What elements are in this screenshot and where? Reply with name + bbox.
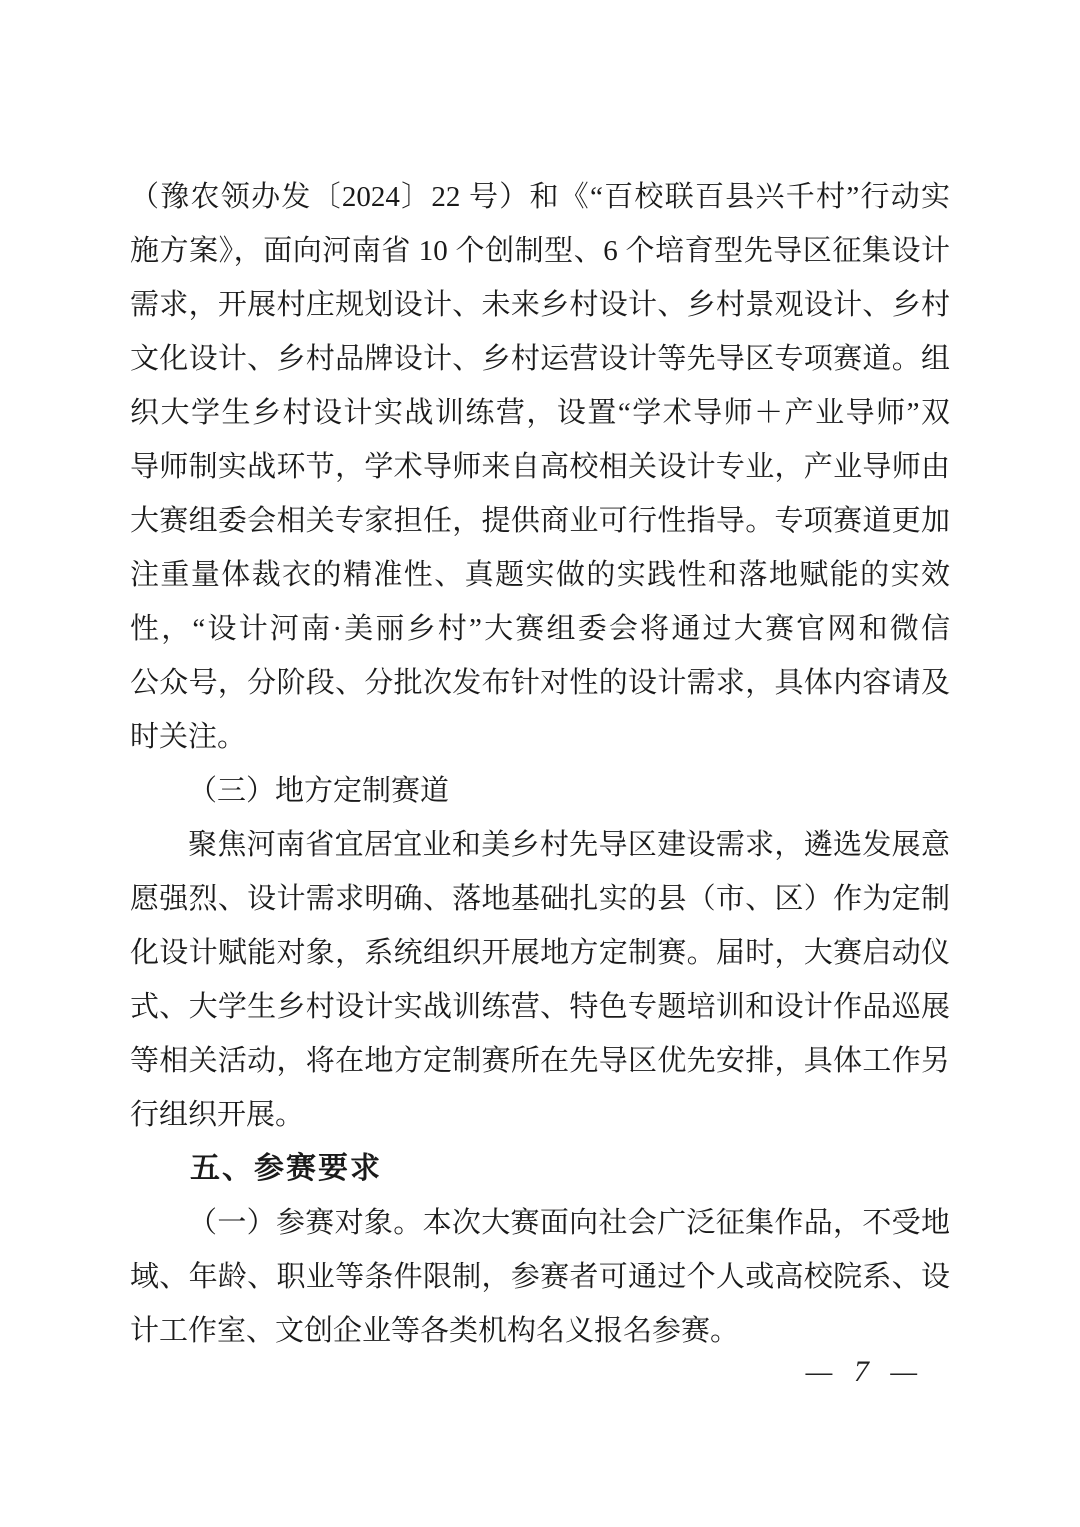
text-line: 性，“设计河南·美丽乡村”大赛组委会将通过大赛官网和微信 <box>130 602 950 656</box>
text-line: 注重量体裁衣的精准性、真题实做的实践性和落地赋能的实效 <box>130 548 950 602</box>
text-line: 计工作室、文创企业等各类机构名义报名参赛。 <box>130 1304 950 1358</box>
paragraph-lead-label: （一）参赛对象。 <box>188 1207 423 1239</box>
text-run: 本次大赛面向社会广泛征集作品，不受地 <box>423 1207 950 1239</box>
text-line: （豫农领办发〔2024〕22 号）和《“百校联百县兴千村”行动实 <box>130 170 950 224</box>
text-line: 域、年龄、职业等条件限制，参赛者可通过个人或高校院系、设 <box>130 1250 950 1304</box>
text-line: 需求，开展村庄规划设计、未来乡村设计、乡村景观设计、乡村 <box>130 278 950 332</box>
text-line: 大赛组委会相关专家担任，提供商业可行性指导。专项赛道更加 <box>130 494 950 548</box>
text-line: 公众号，分阶段、分批次发布针对性的设计需求，具体内容请及 <box>130 656 950 710</box>
text-line: 聚焦河南省宜居宜业和美乡村先导区建设需求，遴选发展意 <box>130 818 950 872</box>
text-line: 等相关活动，将在地方定制赛所在先导区优先安排，具体工作另 <box>130 1034 950 1088</box>
document-page: （豫农领办发〔2024〕22 号）和《“百校联百县兴千村”行动实 施方案》，面向… <box>0 0 1080 1527</box>
section-heading-3: （三）地方定制赛道 <box>130 764 950 818</box>
text-line: 式、大学生乡村设计实战训练营、特色专题培训和设计作品巡展 <box>130 980 950 1034</box>
text-line: 行组织开展。 <box>130 1088 950 1142</box>
text-line: 时关注。 <box>130 710 950 764</box>
text-line: 愿强烈、设计需求明确、落地基础扎实的县（市、区）作为定制 <box>130 872 950 926</box>
text-line: 施方案》，面向河南省 10 个创制型、6 个培育型先导区征集设计 <box>130 224 950 278</box>
document-body: （豫农领办发〔2024〕22 号）和《“百校联百县兴千村”行动实 施方案》，面向… <box>130 170 950 1358</box>
text-line: 织大学生乡村设计实战训练营，设置“学术导师＋产业导师”双 <box>130 386 950 440</box>
text-line: 文化设计、乡村品牌设计、乡村运营设计等先导区专项赛道。组 <box>130 332 950 386</box>
page-number: — 7 — <box>806 1352 917 1392</box>
text-line: （一）参赛对象。本次大赛面向社会广泛征集作品，不受地 <box>130 1196 950 1250</box>
text-line: 导师制实战环节，学术导师来自高校相关设计专业，产业导师由 <box>130 440 950 494</box>
section-heading-5: 五、参赛要求 <box>130 1142 950 1196</box>
text-line: 化设计赋能对象，系统组织开展地方定制赛。届时，大赛启动仪 <box>130 926 950 980</box>
